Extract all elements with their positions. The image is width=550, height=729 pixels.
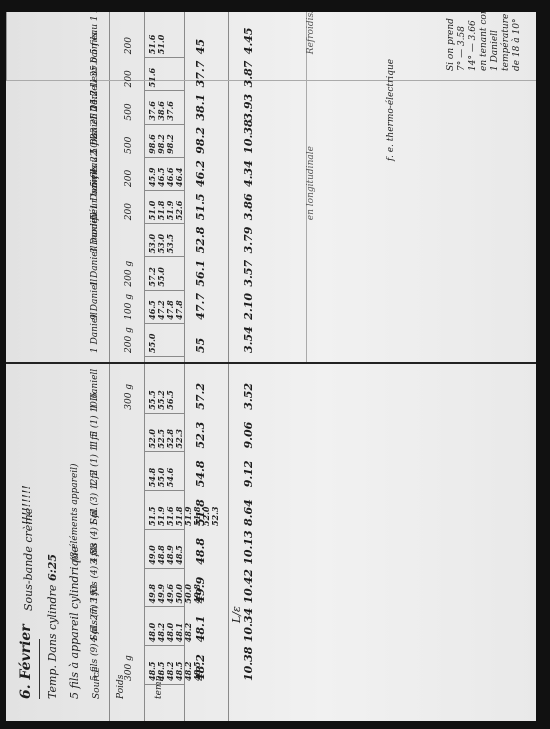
cell-divider xyxy=(144,157,184,158)
cell-divider xyxy=(144,256,184,257)
row-result: 3.54 xyxy=(242,326,255,353)
header-date: 6. Février xyxy=(18,624,34,699)
cell-divider xyxy=(144,452,184,453)
header-line2: Temp. Dans cylindre xyxy=(46,585,59,699)
row-result: 10.42 xyxy=(242,569,255,603)
row-mean: 56.1 xyxy=(194,260,207,287)
row-readings: 45.9 46.5 46.6 46.4 xyxy=(148,168,184,187)
row-result: 9.12 xyxy=(242,460,255,487)
row-mean: 46.2 xyxy=(194,160,207,187)
header-underline xyxy=(39,639,40,699)
row-readings: 53.0 53.0 53.5 xyxy=(148,234,175,253)
cell-divider xyxy=(144,57,184,58)
row-weight: 300 g xyxy=(124,384,134,410)
row-weight: 200 xyxy=(124,170,134,187)
cell-divider xyxy=(144,607,184,608)
row-source: 5 fils xyxy=(90,32,100,54)
row-result: 10.38 xyxy=(242,119,255,153)
side-note-line: de 18 à 10° xyxy=(512,19,522,71)
row-result: 9.06 xyxy=(242,422,255,449)
row-readings: 37.6 38.6 37.6 xyxy=(148,101,175,120)
row-readings: 46.5 47.2 47.8 47.8 xyxy=(148,300,184,319)
cell-divider xyxy=(144,490,184,491)
cell-divider xyxy=(144,413,184,414)
row-weight: 300 g xyxy=(124,655,134,681)
row-readings: 55.5 55.2 56.5 xyxy=(148,390,175,409)
row-source: 5 fils xyxy=(90,132,100,154)
side-note-line: 14° — 3.66 xyxy=(468,20,478,71)
cell-divider xyxy=(144,124,184,125)
row-weight: 200 g xyxy=(124,327,134,353)
cell-divider xyxy=(144,290,184,291)
row-readings: 51.6 xyxy=(148,68,157,87)
rule xyxy=(109,12,110,362)
cell-divider xyxy=(144,223,184,224)
row-result: 3.57 xyxy=(242,260,255,287)
rule xyxy=(228,364,229,721)
row-weight: 200 xyxy=(124,37,134,54)
row-weight: 500 xyxy=(124,103,134,120)
rule xyxy=(6,80,536,81)
row-mean: 48.2 xyxy=(194,654,207,681)
row-result: 2.10 xyxy=(242,293,255,320)
row-mean: 38.1 xyxy=(194,94,207,121)
notebook-page: 6. Février Sous-bande crème !!!!!!!!! Te… xyxy=(6,12,536,721)
row-readings: 55.0 xyxy=(148,334,157,353)
row-weight: 200 xyxy=(124,203,134,220)
row-mean: 37.7 xyxy=(194,61,207,88)
rule xyxy=(228,12,229,362)
row-readings: 98.6 98.2 98.2 xyxy=(148,134,175,153)
row-readings: 48.0 48.2 48.0 48.1 48.2 xyxy=(148,623,193,642)
side-note-line: 7° — 3.58 xyxy=(457,26,467,71)
row-weight: 500 xyxy=(124,137,134,154)
row-readings: 49.0 48.8 48.9 48.5 xyxy=(148,545,184,564)
rotated-page-content: 6. Février Sous-bande crème !!!!!!!!! Te… xyxy=(6,12,536,721)
cell-divider xyxy=(144,190,184,191)
row-mean: 45 xyxy=(194,39,207,54)
header-line3: 5 fils à appareil cylindrique xyxy=(68,546,81,699)
cell-divider xyxy=(144,529,184,530)
row-readings: 51.5 51.9 51.6 51.8 51.9 51.8 52.0 52.3 xyxy=(148,507,220,526)
row-result: 4.45 xyxy=(242,27,255,54)
header-time: 6:25 xyxy=(46,554,59,581)
row-result: 3.52 xyxy=(242,383,255,410)
row-result: 3.79 xyxy=(242,227,255,254)
cell-divider xyxy=(144,90,184,91)
row-mean: 98.2 xyxy=(194,127,207,154)
row-result: 10.38 xyxy=(242,647,255,681)
rule xyxy=(109,364,110,721)
row-mean: 54.8 xyxy=(194,460,207,487)
row-result: 3.87 xyxy=(242,61,255,88)
row-readings: 52.0 52.5 52.8 52.3 xyxy=(148,429,184,448)
row-note: en longitudinale xyxy=(306,146,316,220)
row-mean: 57.2 xyxy=(194,383,207,410)
cell-divider xyxy=(144,356,184,357)
row-source: 1 Daniell xyxy=(90,369,100,410)
row-mean: 55 xyxy=(194,338,207,353)
row-readings: 54.8 55.0 54.6 xyxy=(148,468,175,487)
side-note-line: température xyxy=(501,14,511,71)
note-box-rule xyxy=(6,12,7,81)
rule xyxy=(144,364,145,721)
cell-divider xyxy=(144,323,184,324)
row-mean: 48.1 xyxy=(194,615,207,642)
row-mean: 51.5 xyxy=(194,193,207,220)
row-result: 10.34 xyxy=(242,608,255,642)
row-note: Refroidissement xyxy=(306,12,316,54)
row-weight: 200 xyxy=(124,70,134,87)
row-mean: 49.9 xyxy=(194,577,207,604)
row-mean: 51.8 xyxy=(194,499,207,526)
row-readings: 51.0 51.8 51.9 52.6 xyxy=(148,201,184,220)
mid-note: f. e. thermo-électrique xyxy=(386,59,396,161)
row-weight: 100 g xyxy=(124,294,134,320)
row-result: 8.64 xyxy=(242,499,255,526)
cell-divider xyxy=(144,684,184,685)
header-note: (8 éléments appareil) xyxy=(70,463,80,561)
rule xyxy=(184,12,185,362)
side-note-line: en tenant compte xyxy=(479,12,489,71)
row-result: 10.13 xyxy=(242,530,255,564)
side-note-line: 1 Daniell xyxy=(490,30,500,71)
header-marks: !!!!!!!!! xyxy=(20,485,33,525)
row-weight: 200 g xyxy=(124,261,134,287)
side-note-line: Si on prend xyxy=(446,18,456,71)
rule xyxy=(144,12,145,362)
row-mean: 47.7 xyxy=(194,293,207,320)
row-mean: 52.8 xyxy=(194,227,207,254)
row-readings: 51.6 51.0 xyxy=(148,35,166,54)
page-fold xyxy=(6,362,536,364)
row-mean: 48.8 xyxy=(194,538,207,565)
row-readings: 57.2 55.0 xyxy=(148,267,166,286)
cell-divider xyxy=(144,568,184,569)
row-result: 4.34 xyxy=(242,160,255,187)
row-mean: 52.3 xyxy=(194,422,207,449)
row-result: 3.93 xyxy=(242,94,255,121)
cell-divider xyxy=(144,645,184,646)
row-result: 3.86 xyxy=(242,193,255,220)
